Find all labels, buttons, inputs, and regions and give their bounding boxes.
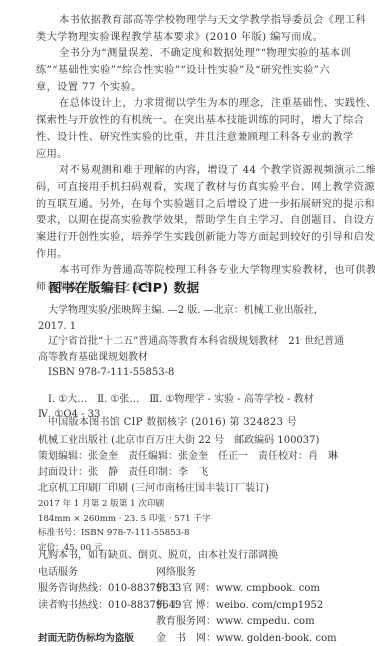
publication-info: 机械工业出版社 (北京市百万庄大街 22 号 邮政编码 100037) 策划编辑… [38, 433, 338, 555]
intro-line: 作用。 [36, 247, 328, 264]
intro-line: 章，设置 77 个实验。 [36, 80, 328, 97]
purchase-hotline: 读者购书热线：010-88379649 [38, 598, 156, 615]
printer: 北京机工印刷厂印刷 (三河市南杨庄国丰装订厂装订) [38, 481, 338, 497]
anti-piracy-notice: 封面无防伪标均为盗版 [38, 631, 156, 646]
cip-line: 2017. 1 [38, 319, 338, 335]
cip-classification: Ⅰ. ①大… Ⅱ. ①张… Ⅲ. ①物理学 - 实验 - 高等学校 - 教材 [38, 392, 338, 408]
editors: 策划编辑：张金奎 责任编辑：张金奎 任正一 责任校对：肖 琳 [38, 449, 338, 465]
web-service-header: 网络服务 [156, 565, 196, 582]
publisher: 机械工业出版社 (北京市百万庄大街 22 号 邮政编码 100037) [38, 433, 338, 449]
book-introduction: 本书依据教育部高等学校物理学与天文学教学指导委员会《理工科 类大学物理实验课程教… [36, 13, 328, 297]
return-notice: 凡购本书，如有缺页、倒页、脱页，由本社发行部调换 [38, 548, 337, 565]
intro-line: 性、设计性、研究性实验的比重，并且注意兼顾理工科各专业的教学 [36, 130, 328, 147]
intro-line: 类大学物理实验课程教学基本要求》(2010 年版) 编写而成。 [36, 30, 328, 47]
weibo-link: 机 工 官 博：weibo. com/cmp1952 [156, 598, 323, 615]
service-hotline: 服务咨询热线：010-88379833 [38, 581, 156, 598]
website-golden-book: 金 书 网：www. golden-book. com [156, 631, 337, 646]
intro-line: 的互联互通。另外，在每个实验题目之后增设了进一步拓展研究的提示和 [36, 197, 328, 214]
intro-line: 要求，以期在提高实验教学效果，帮助学生自主学习、自创题目、自设方 [36, 213, 328, 230]
website-cmpedu: 教育服务网：www. cmpedu. com [156, 614, 315, 631]
copyright-page: 本书依据教育部高等学校物理学与天文学教学指导委员会《理工科 类大学物理实验课程教… [0, 0, 375, 646]
format: 184mm × 260mm · 23. 5 印张 · 571 千字 [38, 512, 338, 527]
intro-line: 码，可直接用手机扫码观看，实现了教材与仿真实验平台、网上教学资源 [36, 180, 328, 197]
isbn: 标准书号：ISBN 978-7-111-55853-8 [38, 526, 338, 541]
cip-heading: 图书在版编目 (CIP) 数据 [49, 278, 200, 296]
cip-line: 大学物理实验/张映辉主编. —2 版. —北京：机械工业出版社， [38, 303, 338, 319]
intro-line: 应用。 [36, 147, 328, 164]
intro-line: 对不易观测和难于理解的内容，增设了 44 个教学资源视频演示二维 [36, 163, 328, 180]
intro-line: 在总体设计上，力求贯彻以学生为本的理念，注重基础性、实践性、 [36, 96, 328, 113]
cip-line: 辽宁省首批“十二五”普通高等教育本科省级规划教材 21 世纪普通 [38, 334, 338, 350]
intro-line: 案进行开创性实验，培养学生实践创新能力等方面起到较好的引导和启发 [36, 230, 328, 247]
cip-line: 高等教育基础课规划教材 [38, 350, 338, 366]
edition: 2017 年 1 月第 2 版第 1 次印刷 [38, 497, 338, 512]
intro-line: 练”“基础性实验”“综合性实验”“设计性实验”及“研究性实验”六 [36, 63, 328, 80]
cover-design: 封面设计：张 静 责任印制：李 飞 [38, 465, 338, 481]
cip-isbn: ISBN 978-7-111-55853-8 [38, 365, 338, 381]
cip-data: 大学物理实验/张映辉主编. —2 版. —北京：机械工业出版社， 2017. 1… [38, 303, 338, 423]
service-info: 凡购本书，如有缺页、倒页、脱页，由本社发行部调换 电话服务网络服务 服务咨询热线… [38, 548, 337, 646]
intro-line: 探索性与开放性的有机统一。在突出基本技能训练的同时，增大了综合 [36, 113, 328, 130]
cip-number: 中国版本图书馆 CIP 数据核字 (2016) 第 324823 号 [48, 413, 297, 428]
website-cmpbook: 机 工 官 网：www. cmpbook. com [156, 581, 320, 598]
intro-line: 本书依据教育部高等学校物理学与天文学教学指导委员会《理工科 [36, 13, 328, 30]
intro-line: 全书分为“测量误差、不确定度和数据处理”“物理实验的基本训 [36, 46, 328, 63]
phone-service-header: 电话服务 [38, 565, 156, 582]
